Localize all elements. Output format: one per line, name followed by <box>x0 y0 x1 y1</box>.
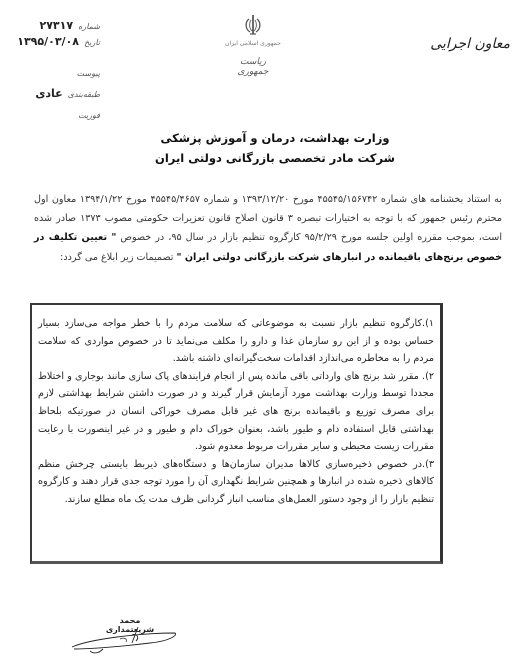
decision-item: ۳).در خصوص ذخیره‌سازی کالاها مدیران سازم… <box>38 456 434 509</box>
decision-item: ۲). مقرر شد برنج های وارداتی باقی مانده … <box>38 368 434 456</box>
intro-paragraph: به استناد بخشنامه های شماره ۴۵۵۴۵/۱۵۶۷۴۲… <box>34 190 502 267</box>
decision-item: ۱).کارگروه تنظیم بازار نسبت به موضوعاتی … <box>38 315 434 368</box>
decisions-box: ۱).کارگروه تنظیم بازار نسبت به موضوعاتی … <box>30 303 443 564</box>
recipient-company: شرکت مادر تخصصی بازرگانی دولتی ایران <box>150 148 400 168</box>
closing-text: تصمیمات زیر ابلاغ می گردد: <box>60 252 173 263</box>
classification-value: عادی <box>35 87 62 100</box>
iran-emblem-icon <box>243 14 263 36</box>
meta-urgency: فوریت <box>78 103 100 122</box>
signature-icon <box>70 625 180 655</box>
decisions-list: ۱).کارگروه تنظیم بازار نسبت به موضوعاتی … <box>38 315 434 509</box>
recipients-heading: وزارت بهداشت، درمان و آموزش پزشکی شرکت م… <box>150 128 400 168</box>
recipient-ministry: وزارت بهداشت، درمان و آموزش پزشکی <box>150 128 400 148</box>
letter-date: ۱۳۹۵/۰۳/۰۸ <box>17 35 79 48</box>
office-title: معاون اجرایی <box>430 36 510 52</box>
presidency-title: ریاست جمهوری <box>225 57 281 77</box>
emblem-caption: جمهوری اسلامی ایران <box>225 40 281 48</box>
meta-date: تاریخ ۱۳۹۵/۰۳/۰۸ <box>11 30 100 49</box>
meta-attachment: پیوست <box>77 61 100 80</box>
meta-classification: طبقه‌بندی عادی <box>29 82 100 101</box>
